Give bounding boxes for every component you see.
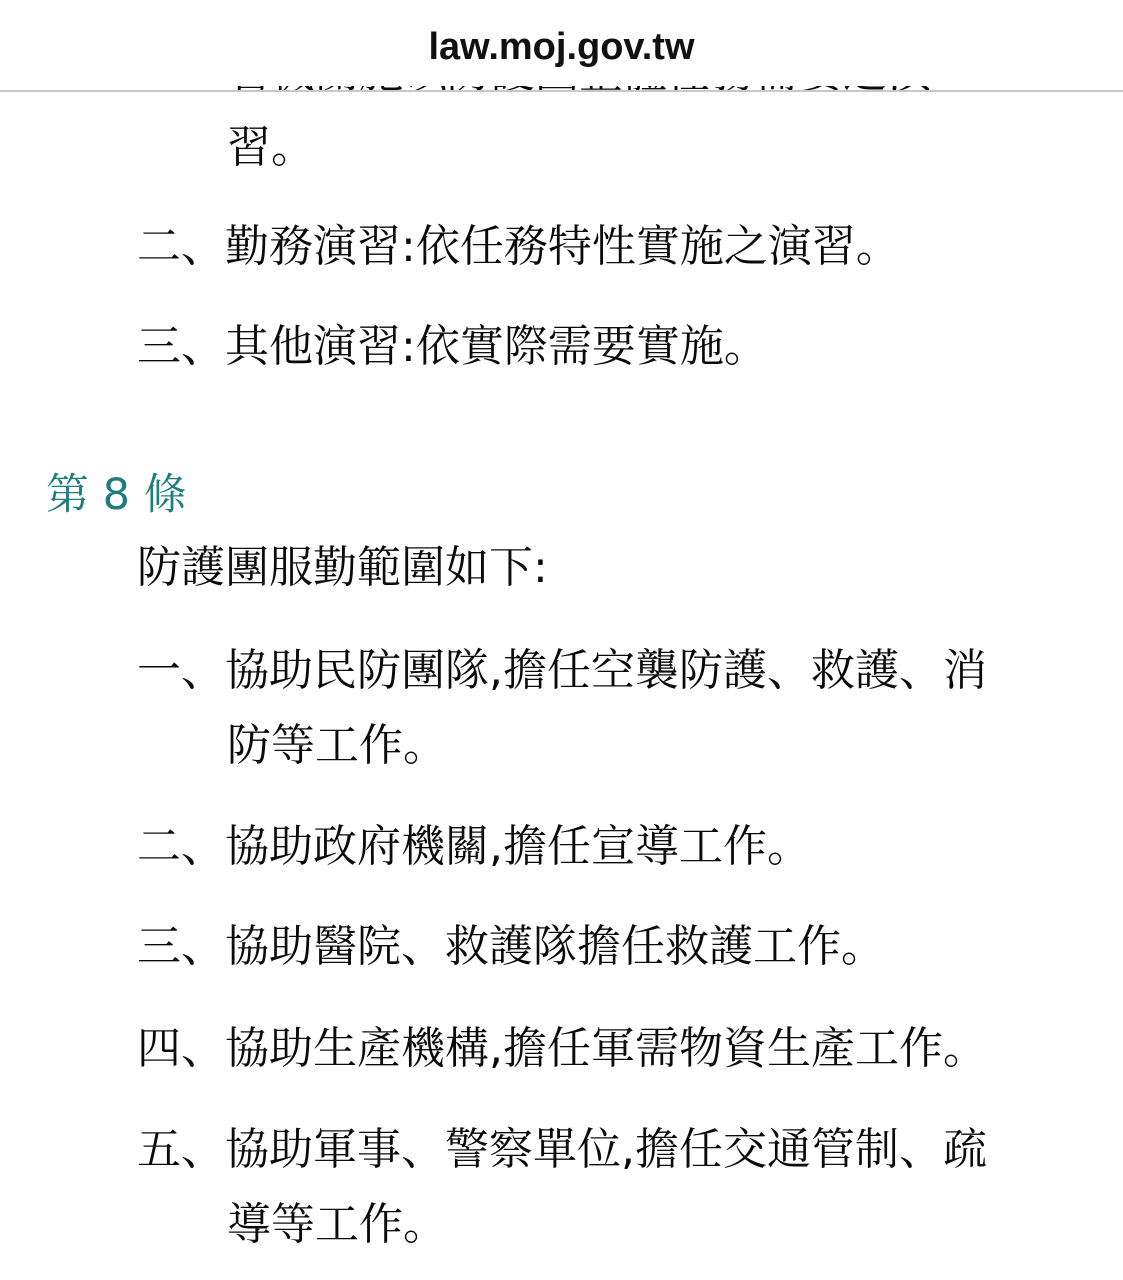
article8-item1-line1: 一、協助民防團隊,擔任空襲防護、救護、消 [137, 648, 987, 694]
article7-item3: 三、其他演習:依實際需要實施。 [137, 324, 768, 370]
article8-item5-line1: 五、協助軍事、警察單位,擔任交通管制、疏 [137, 1127, 987, 1173]
article8-intro: 防護團服勤範圍如下: [137, 545, 548, 591]
article8-item5-line2: 導等工作。 [227, 1202, 447, 1248]
url-bar-domain-label: law.moj.gov.tw [428, 26, 694, 69]
article7-item2: 二、勤務演習:依任務特性實施之演習。 [137, 224, 900, 270]
article8-item1-line2: 防等工作。 [227, 723, 447, 769]
header-divider [0, 90, 1123, 92]
article8-heading-link[interactable]: 第 8 條 [46, 472, 187, 518]
article8-item4: 四、協助生產機構,擔任軍需物資生產工作。 [137, 1026, 987, 1072]
law-document: 管機關施以防護團整體任務需要之演 習。 二、勤務演習:依任務特性實施之演習。 三… [0, 0, 1123, 1280]
article8-item3: 三、協助醫院、救護隊擔任救護工作。 [137, 924, 885, 970]
url-bar[interactable]: law.moj.gov.tw [0, 0, 1123, 86]
article7-item1-last-line: 習。 [227, 125, 315, 171]
article8-item2: 二、協助政府機關,擔任宣導工作。 [137, 824, 811, 870]
